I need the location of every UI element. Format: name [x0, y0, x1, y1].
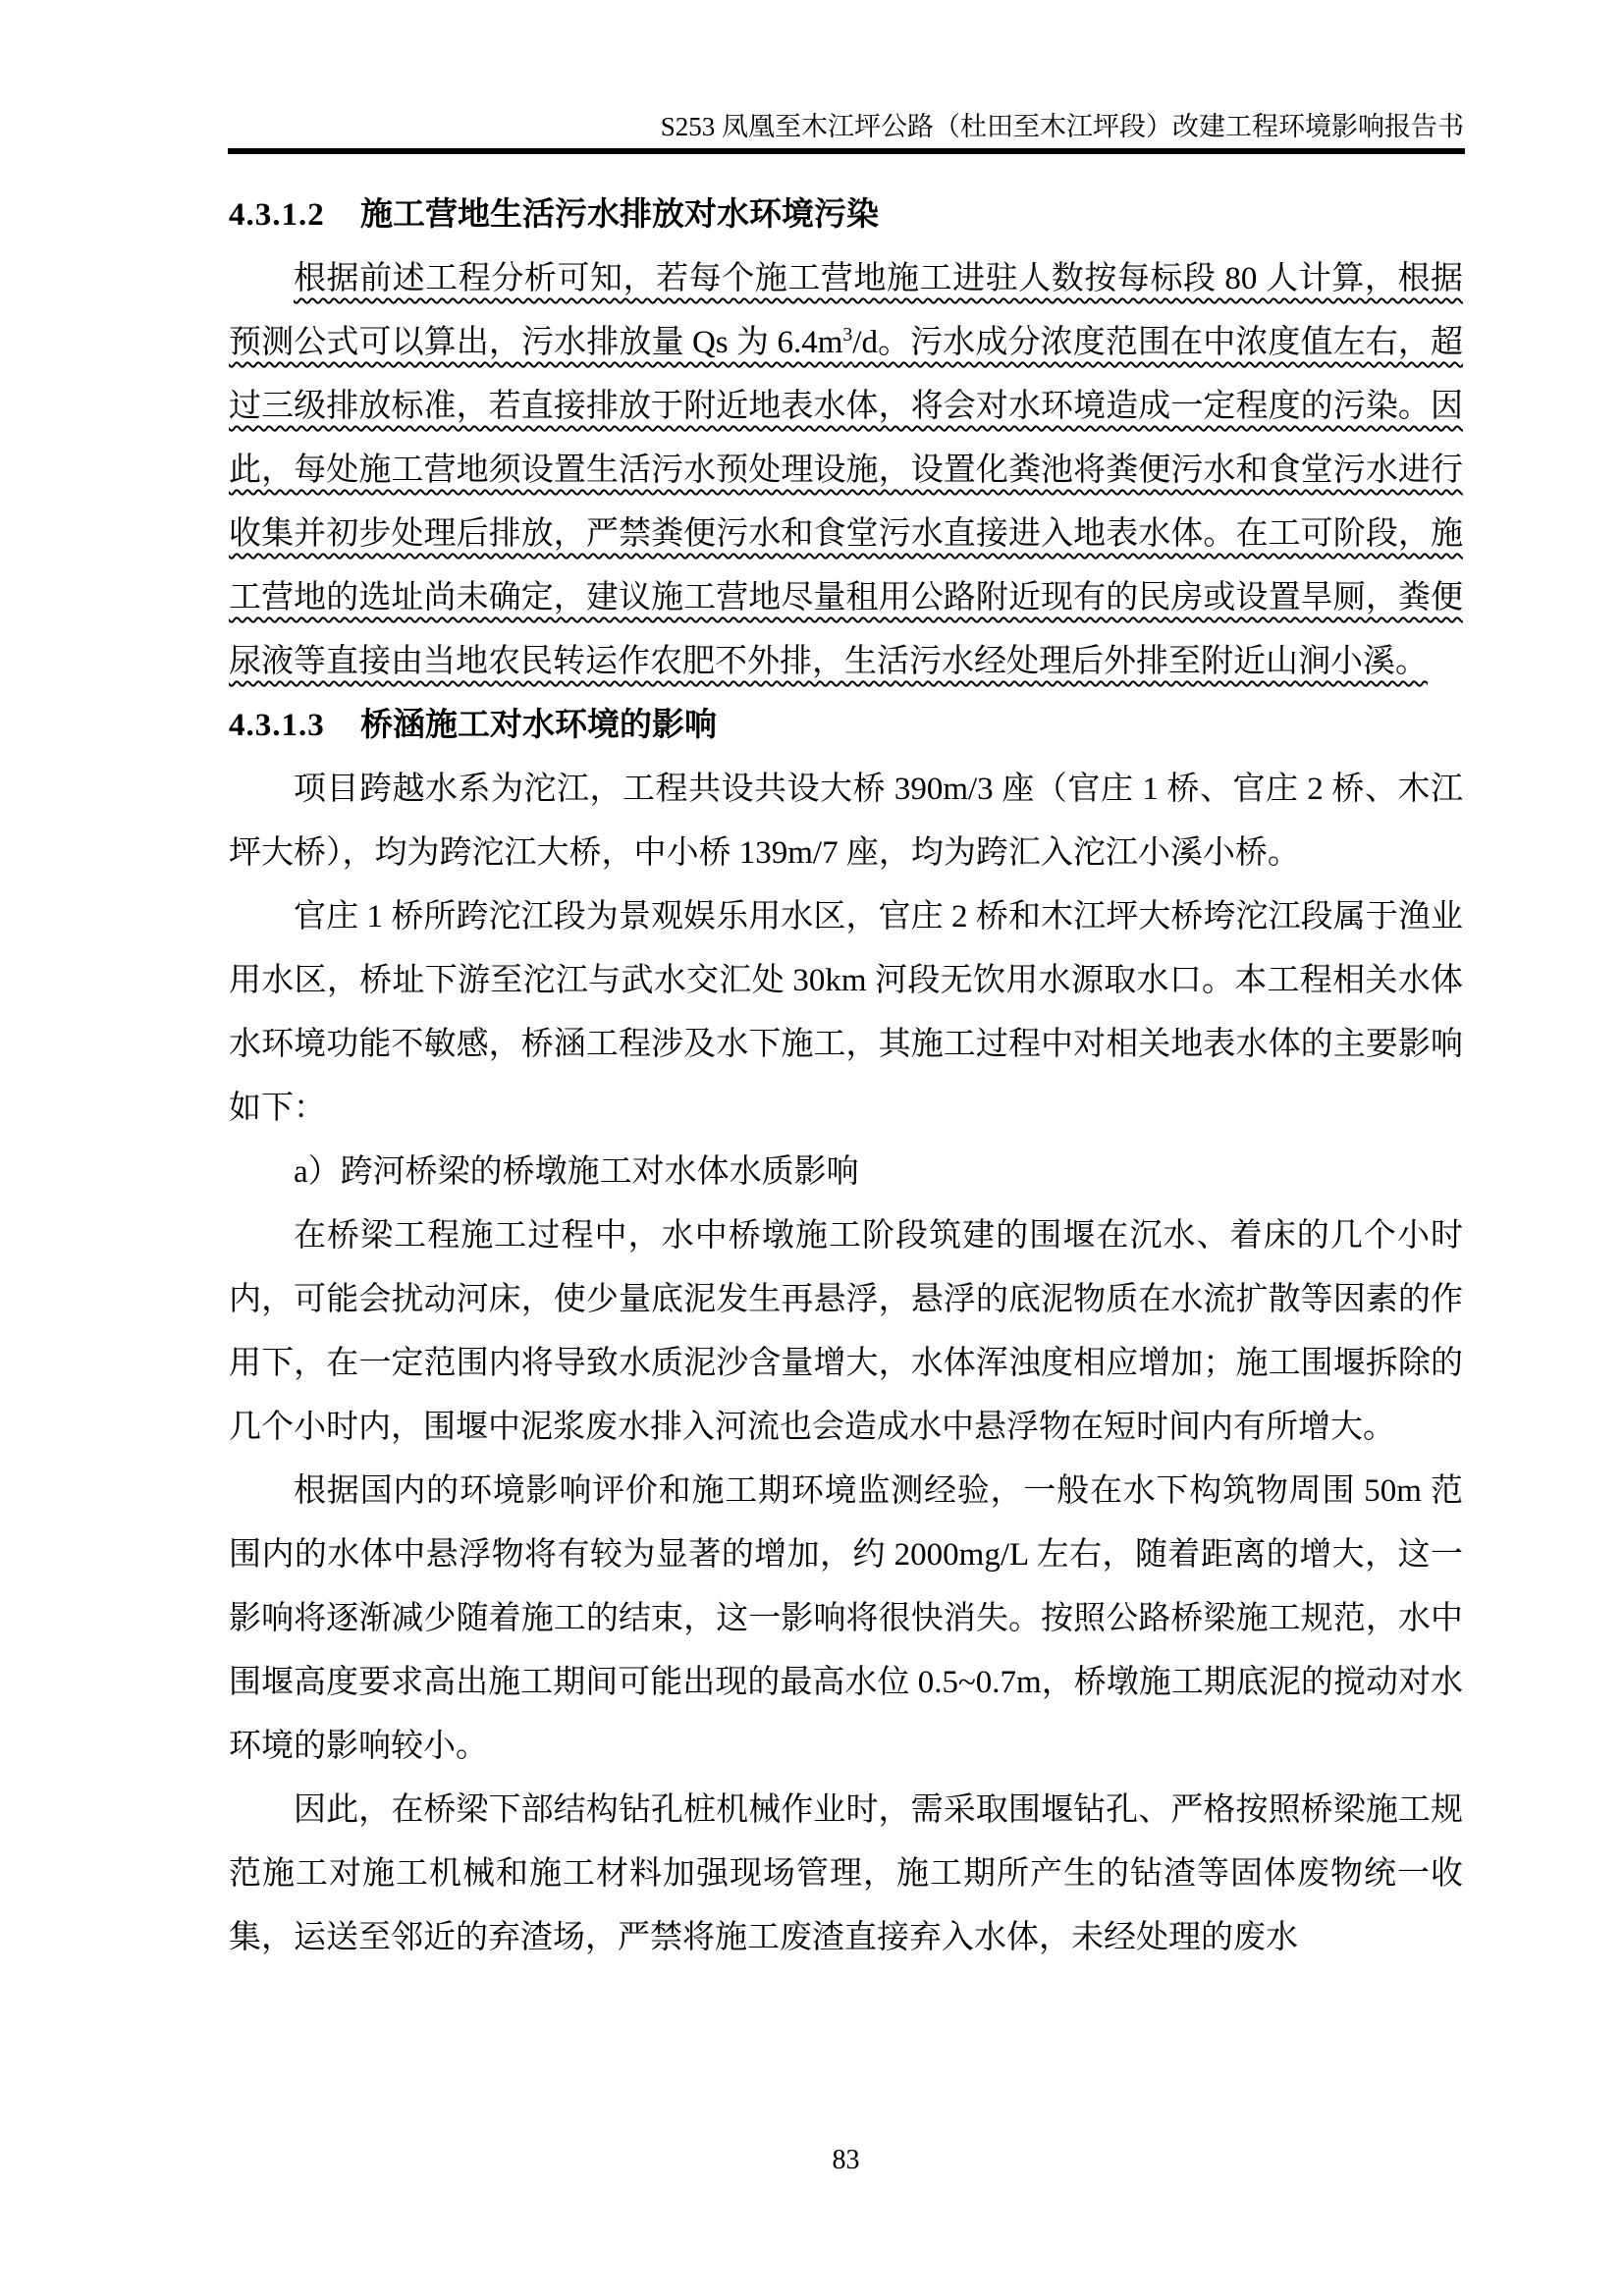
paragraph-camp-sewage: 根据前述工程分析可知，若每个施工营地施工进驻人数按每标段 80 人计算，根据预测… [229, 247, 1463, 694]
paragraph-water-function-zones: 官庄 1 桥所跨沱江段为景观娱乐用水区，官庄 2 桥和木江坪大桥垮沱江段属于渔业… [229, 885, 1463, 1141]
paragraph-pier-construction-impact: 在桥梁工程施工过程中，水中桥墩施工阶段筑建的围堰在沉水、着床的几个小时内，可能会… [229, 1204, 1463, 1460]
running-header-title: S253 凤凰至木江坪公路（杜田至木江坪段）改建工程环境影响报告书 [661, 112, 1464, 141]
page-content: 4.3.1.2 施工营地生活污水排放对水环境污染 根据前述工程分析可知，若每个施… [229, 184, 1463, 1970]
paragraph-text-segment: /d。污水成分浓度范围在中浓度值左右，超过三级排放标准，若直接排放于附近地表水体… [229, 325, 1463, 679]
page-number: 83 [229, 2143, 1463, 2178]
superscript-cubed: 3 [842, 324, 852, 346]
section-heading-4-3-1-3: 4.3.1.3 桥涵施工对水环境的影响 [229, 694, 1463, 758]
paragraph-bridges-overview: 项目跨越水系为沱江，工程共设共设大桥 390m/3 座（官庄 1 桥、官庄 2 … [229, 758, 1463, 885]
document-page: S253 凤凰至木江坪公路（杜田至木江坪段）改建工程环境影响报告书 4.3.1.… [0, 0, 1624, 2296]
running-header: S253 凤凰至木江坪公路（杜田至木江坪段）改建工程环境影响报告书 [229, 110, 1464, 143]
paragraph-drilling-management: 因此，在桥梁下部结构钻孔桩机械作业时，需采取围堰钻孔、严格按照桥梁施工规范施工对… [229, 1779, 1463, 1970]
paragraph-item-a-title: a）跨河桥梁的桥墩施工对水体水质影响 [229, 1141, 1463, 1204]
section-title: 施工营地生活污水排放对水环境污染 [360, 197, 879, 233]
section-number: 4.3.1.2 [229, 197, 325, 233]
section-heading-4-3-1-2: 4.3.1.2 施工营地生活污水排放对水环境污染 [229, 184, 1463, 247]
section-title: 桥涵施工对水环境的影响 [360, 708, 717, 743]
section-number: 4.3.1.3 [229, 708, 325, 743]
paragraph-monitoring-experience: 根据国内的环境影响评价和施工期环境监测经验，一般在水下构筑物周围 50m 范围内… [229, 1460, 1463, 1779]
header-rule-divider [228, 148, 1465, 154]
